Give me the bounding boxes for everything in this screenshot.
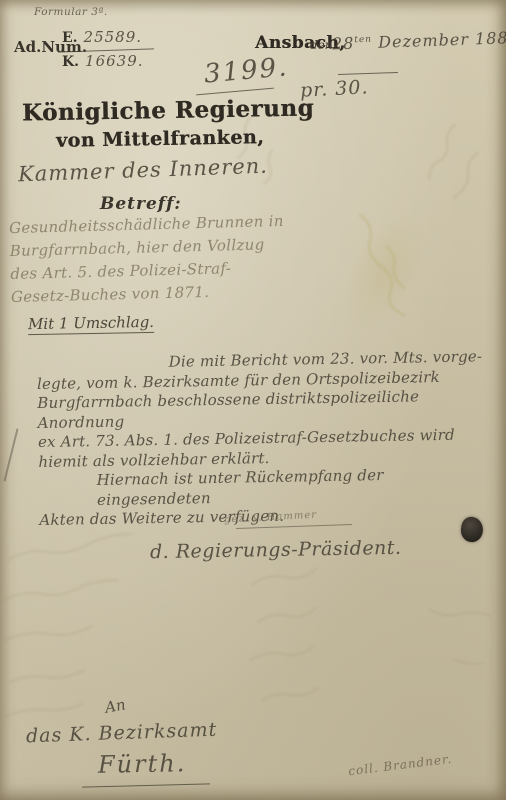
e-number: 25589. bbox=[84, 28, 143, 46]
date-day: 28 bbox=[332, 34, 355, 54]
signer-title: d. Regierungs-Präsident. bbox=[150, 537, 402, 563]
ref-number-e: E.25589. bbox=[62, 28, 142, 46]
k-label: K. bbox=[62, 54, 79, 70]
date-suffix: ten bbox=[354, 35, 372, 46]
letter-body: Die mit Bericht vom 23. vor. Mts. vorge-… bbox=[37, 347, 502, 531]
document-page: Formular 3ª. Ad.Num. E.25589. K.16639. A… bbox=[0, 0, 506, 800]
authority-name: Königliche Regierung bbox=[22, 94, 314, 126]
address-place: Fürth. bbox=[98, 749, 187, 779]
subject-label: Betreff: bbox=[100, 194, 182, 214]
address-an: An bbox=[104, 695, 127, 716]
subject-block: Gesundheitsschädliche Brunnen in Burgfar… bbox=[9, 209, 321, 309]
authority-region: von Mittelfranken, bbox=[56, 126, 265, 152]
e-label: E. bbox=[62, 30, 78, 46]
form-number: Formular 3ª. bbox=[34, 6, 108, 18]
ref-number-k: K.16639. bbox=[62, 52, 144, 70]
enclosure-note: Mit 1 Umschlag. bbox=[28, 313, 154, 335]
k-number: 16639. bbox=[85, 52, 144, 70]
den-printed: den bbox=[310, 38, 333, 52]
